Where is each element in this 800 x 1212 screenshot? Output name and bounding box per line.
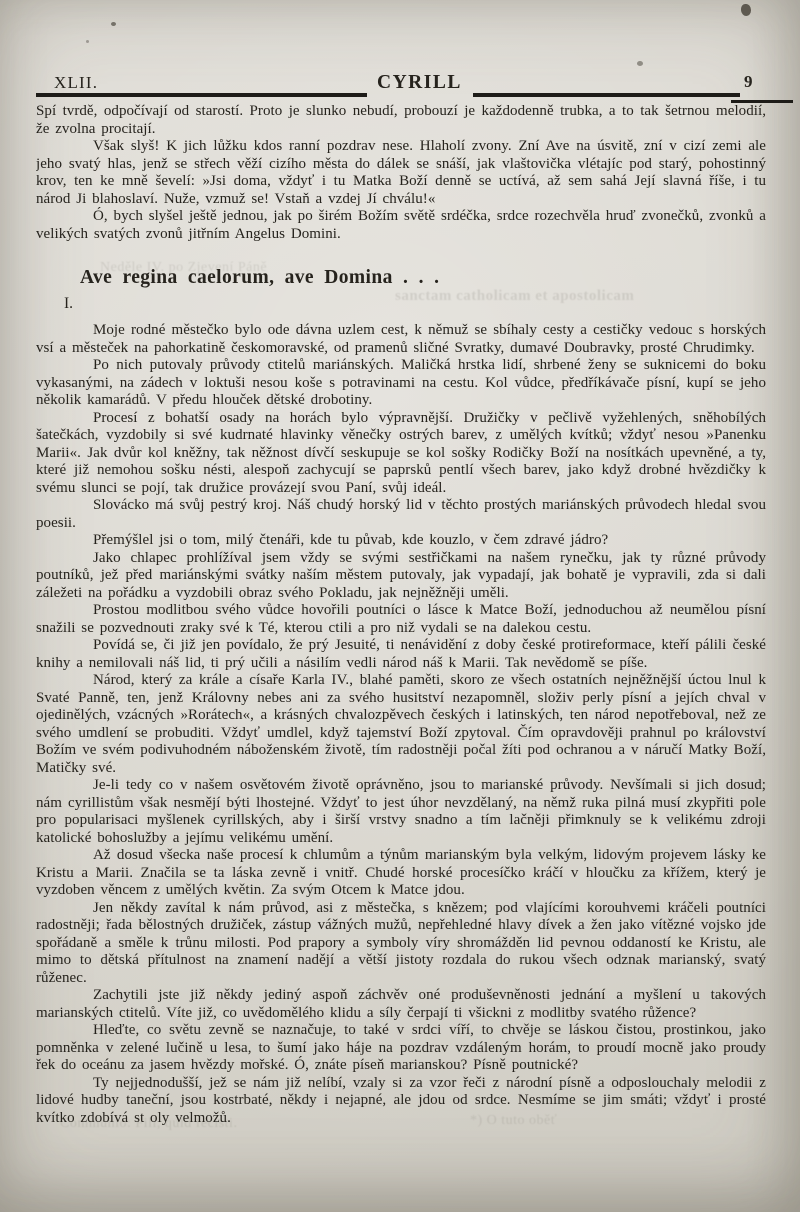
page-header: XLII. CYRILL 9 bbox=[0, 0, 800, 110]
header-rule-right bbox=[473, 93, 740, 97]
paragraph: Jako chlapec prohlížíval jsem vždy se sv… bbox=[36, 550, 766, 603]
paragraph: Ty nejjednodušší, jež se nám již nelíbí,… bbox=[36, 1075, 766, 1128]
paragraph: Národ, který za krále a císaře Karla IV.… bbox=[36, 672, 766, 777]
paragraph: Až dosud všecka naše procesí k chlumům a… bbox=[36, 847, 766, 900]
journal-title: CYRILL bbox=[377, 72, 462, 94]
header-rule-left bbox=[36, 93, 367, 97]
paragraph: Však slyš! K jich lůžku kdos ranní pozdr… bbox=[36, 138, 766, 208]
paragraph: Přemýšlel jsi o tom, milý čtenáři, kde t… bbox=[36, 532, 766, 550]
paragraph: Povídá se, či již jen povídalo, že prý J… bbox=[36, 637, 766, 672]
paragraph: Zachytili jste již někdy jediný aspoň zá… bbox=[36, 987, 766, 1022]
scanned-page: Neděle IV. po Zjevení Páně sanctam catho… bbox=[0, 0, 800, 1212]
paragraph: Spí tvrdě, odpočívají od starostí. Proto… bbox=[36, 103, 766, 138]
paragraph: Po nich putovaly průvody ctitelů mariáns… bbox=[36, 357, 766, 410]
paragraph: Je-li tedy co v našem osvětovém životě o… bbox=[36, 777, 766, 847]
paragraph: Slovácko má svůj pestrý kroj. Náš chudý … bbox=[36, 497, 766, 532]
paragraph: Procesí z bohatší osady na horách bylo v… bbox=[36, 410, 766, 498]
paragraph: Prostou modlitbou svého vůdce hovořili p… bbox=[36, 602, 766, 637]
paragraph: Ó, bych slyšel ještě jednou, jak po širé… bbox=[36, 208, 766, 243]
article-body: Spí tvrdě, odpočívají od starostí. Proto… bbox=[36, 103, 766, 1188]
paragraph: Moje rodné městečko bylo ode dávna uzlem… bbox=[36, 322, 766, 357]
article-heading: Ave regina caelorum, ave Domina . . . bbox=[80, 267, 766, 289]
section-numeral: I. bbox=[64, 295, 766, 313]
page-number: 9 bbox=[744, 72, 753, 92]
volume-numeral: XLII. bbox=[54, 73, 98, 93]
paragraph: Jen někdy zavítal k nám průvod, asi z mě… bbox=[36, 900, 766, 988]
paragraph: Hleďte, co světu zevně se naznačuje, to … bbox=[36, 1022, 766, 1075]
